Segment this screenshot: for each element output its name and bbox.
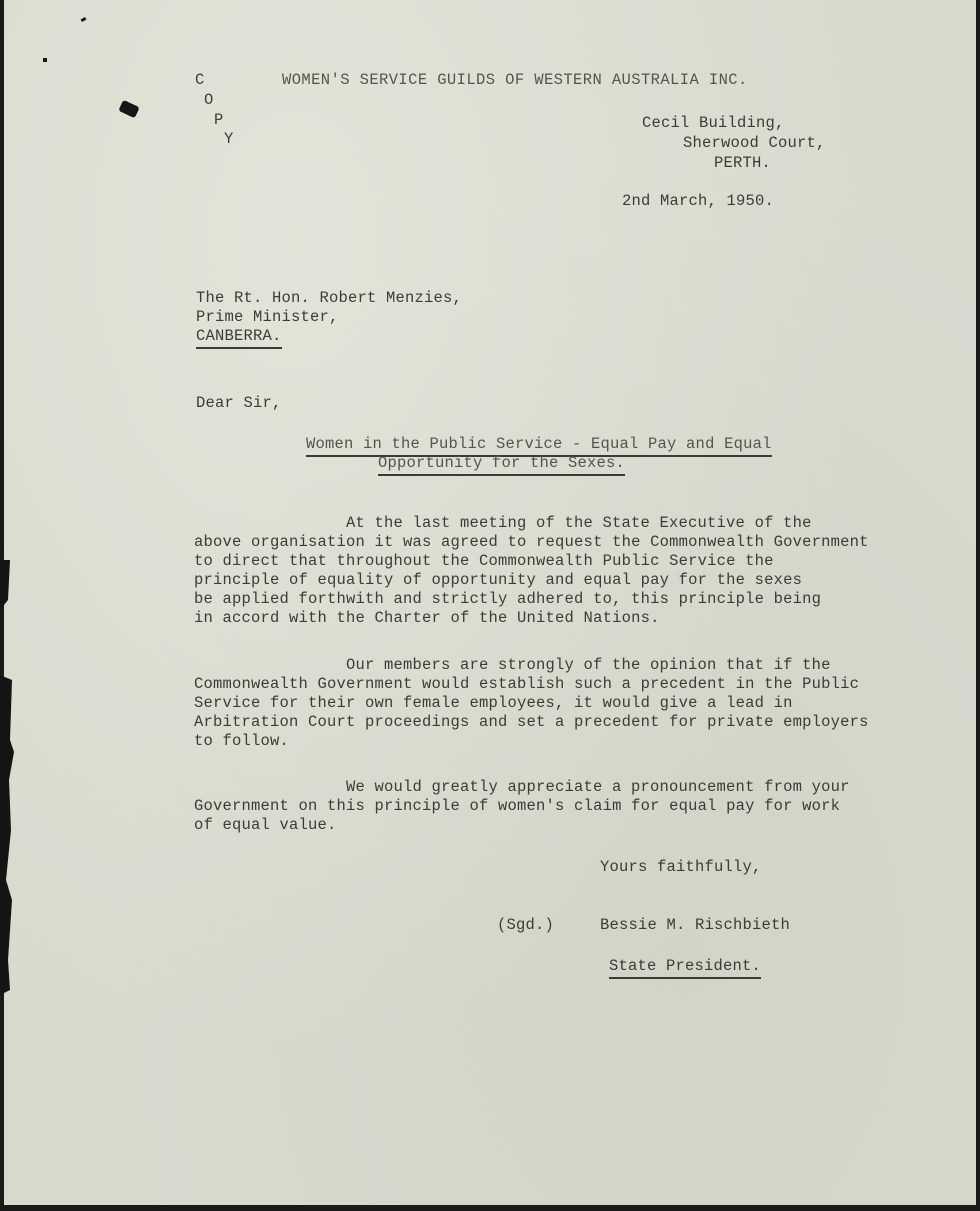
paragraph-1-line-1: At the last meeting of the State Executi… (346, 513, 812, 533)
letter-date: 2nd March, 1950. (622, 191, 774, 211)
ink-spot (118, 100, 139, 118)
paragraph-2-line-5: to follow. (194, 731, 289, 751)
recipient-line-1: The Rt. Hon. Robert Menzies, (196, 288, 462, 308)
ink-speck (43, 58, 47, 62)
paragraph-1-line-5: be applied forthwith and strictly adhere… (194, 589, 821, 609)
address-line-2: Sherwood Court, (683, 133, 826, 153)
paragraph-3-line-3: of equal value. (194, 815, 337, 835)
address-line-3: PERTH. (714, 153, 771, 173)
recipient-line-3: CANBERRA. (196, 326, 282, 349)
subject-line-2: Opportunity for the Sexes. (378, 453, 625, 476)
copy-stamp-o: O (204, 90, 214, 110)
torn-edge (0, 0, 14, 1211)
paragraph-2-line-1: Our members are strongly of the opinion … (346, 655, 831, 675)
signatory-name: Bessie M. Rischbieth (600, 915, 790, 935)
copy-stamp-c: C (195, 70, 205, 90)
address-line-1: Cecil Building, (642, 113, 785, 133)
copy-stamp-y: Y (224, 129, 234, 149)
paragraph-1-line-3: to direct that throughout the Commonweal… (194, 551, 774, 571)
letterhead: WOMEN'S SERVICE GUILDS OF WESTERN AUSTRA… (282, 70, 748, 90)
ink-speck (81, 17, 87, 22)
letter-page: C O P Y WOMEN'S SERVICE GUILDS OF WESTER… (3, 0, 976, 1205)
paragraph-3-line-2: Government on this principle of women's … (194, 796, 840, 816)
signatory-title: State President. (609, 956, 761, 979)
paragraph-1-line-2: above organisation it was agreed to requ… (194, 532, 869, 552)
paragraph-3-line-1: We would greatly appreciate a pronouncem… (346, 777, 850, 797)
paragraph-1-line-6: in accord with the Charter of the United… (194, 608, 660, 628)
paragraph-2-line-2: Commonwealth Government would establish … (194, 674, 859, 694)
salutation: Dear Sir, (196, 393, 282, 413)
recipient-line-2: Prime Minister, (196, 307, 339, 327)
copy-stamp-p: P (214, 110, 224, 130)
closing: Yours faithfully, (600, 857, 762, 877)
paragraph-2-line-4: Arbitration Court proceedings and set a … (194, 712, 869, 732)
paragraph-2-line-3: Service for their own female employees, … (194, 693, 793, 713)
signed-marker: (Sgd.) (497, 915, 554, 935)
paragraph-1-line-4: principle of equality of opportunity and… (194, 570, 802, 590)
